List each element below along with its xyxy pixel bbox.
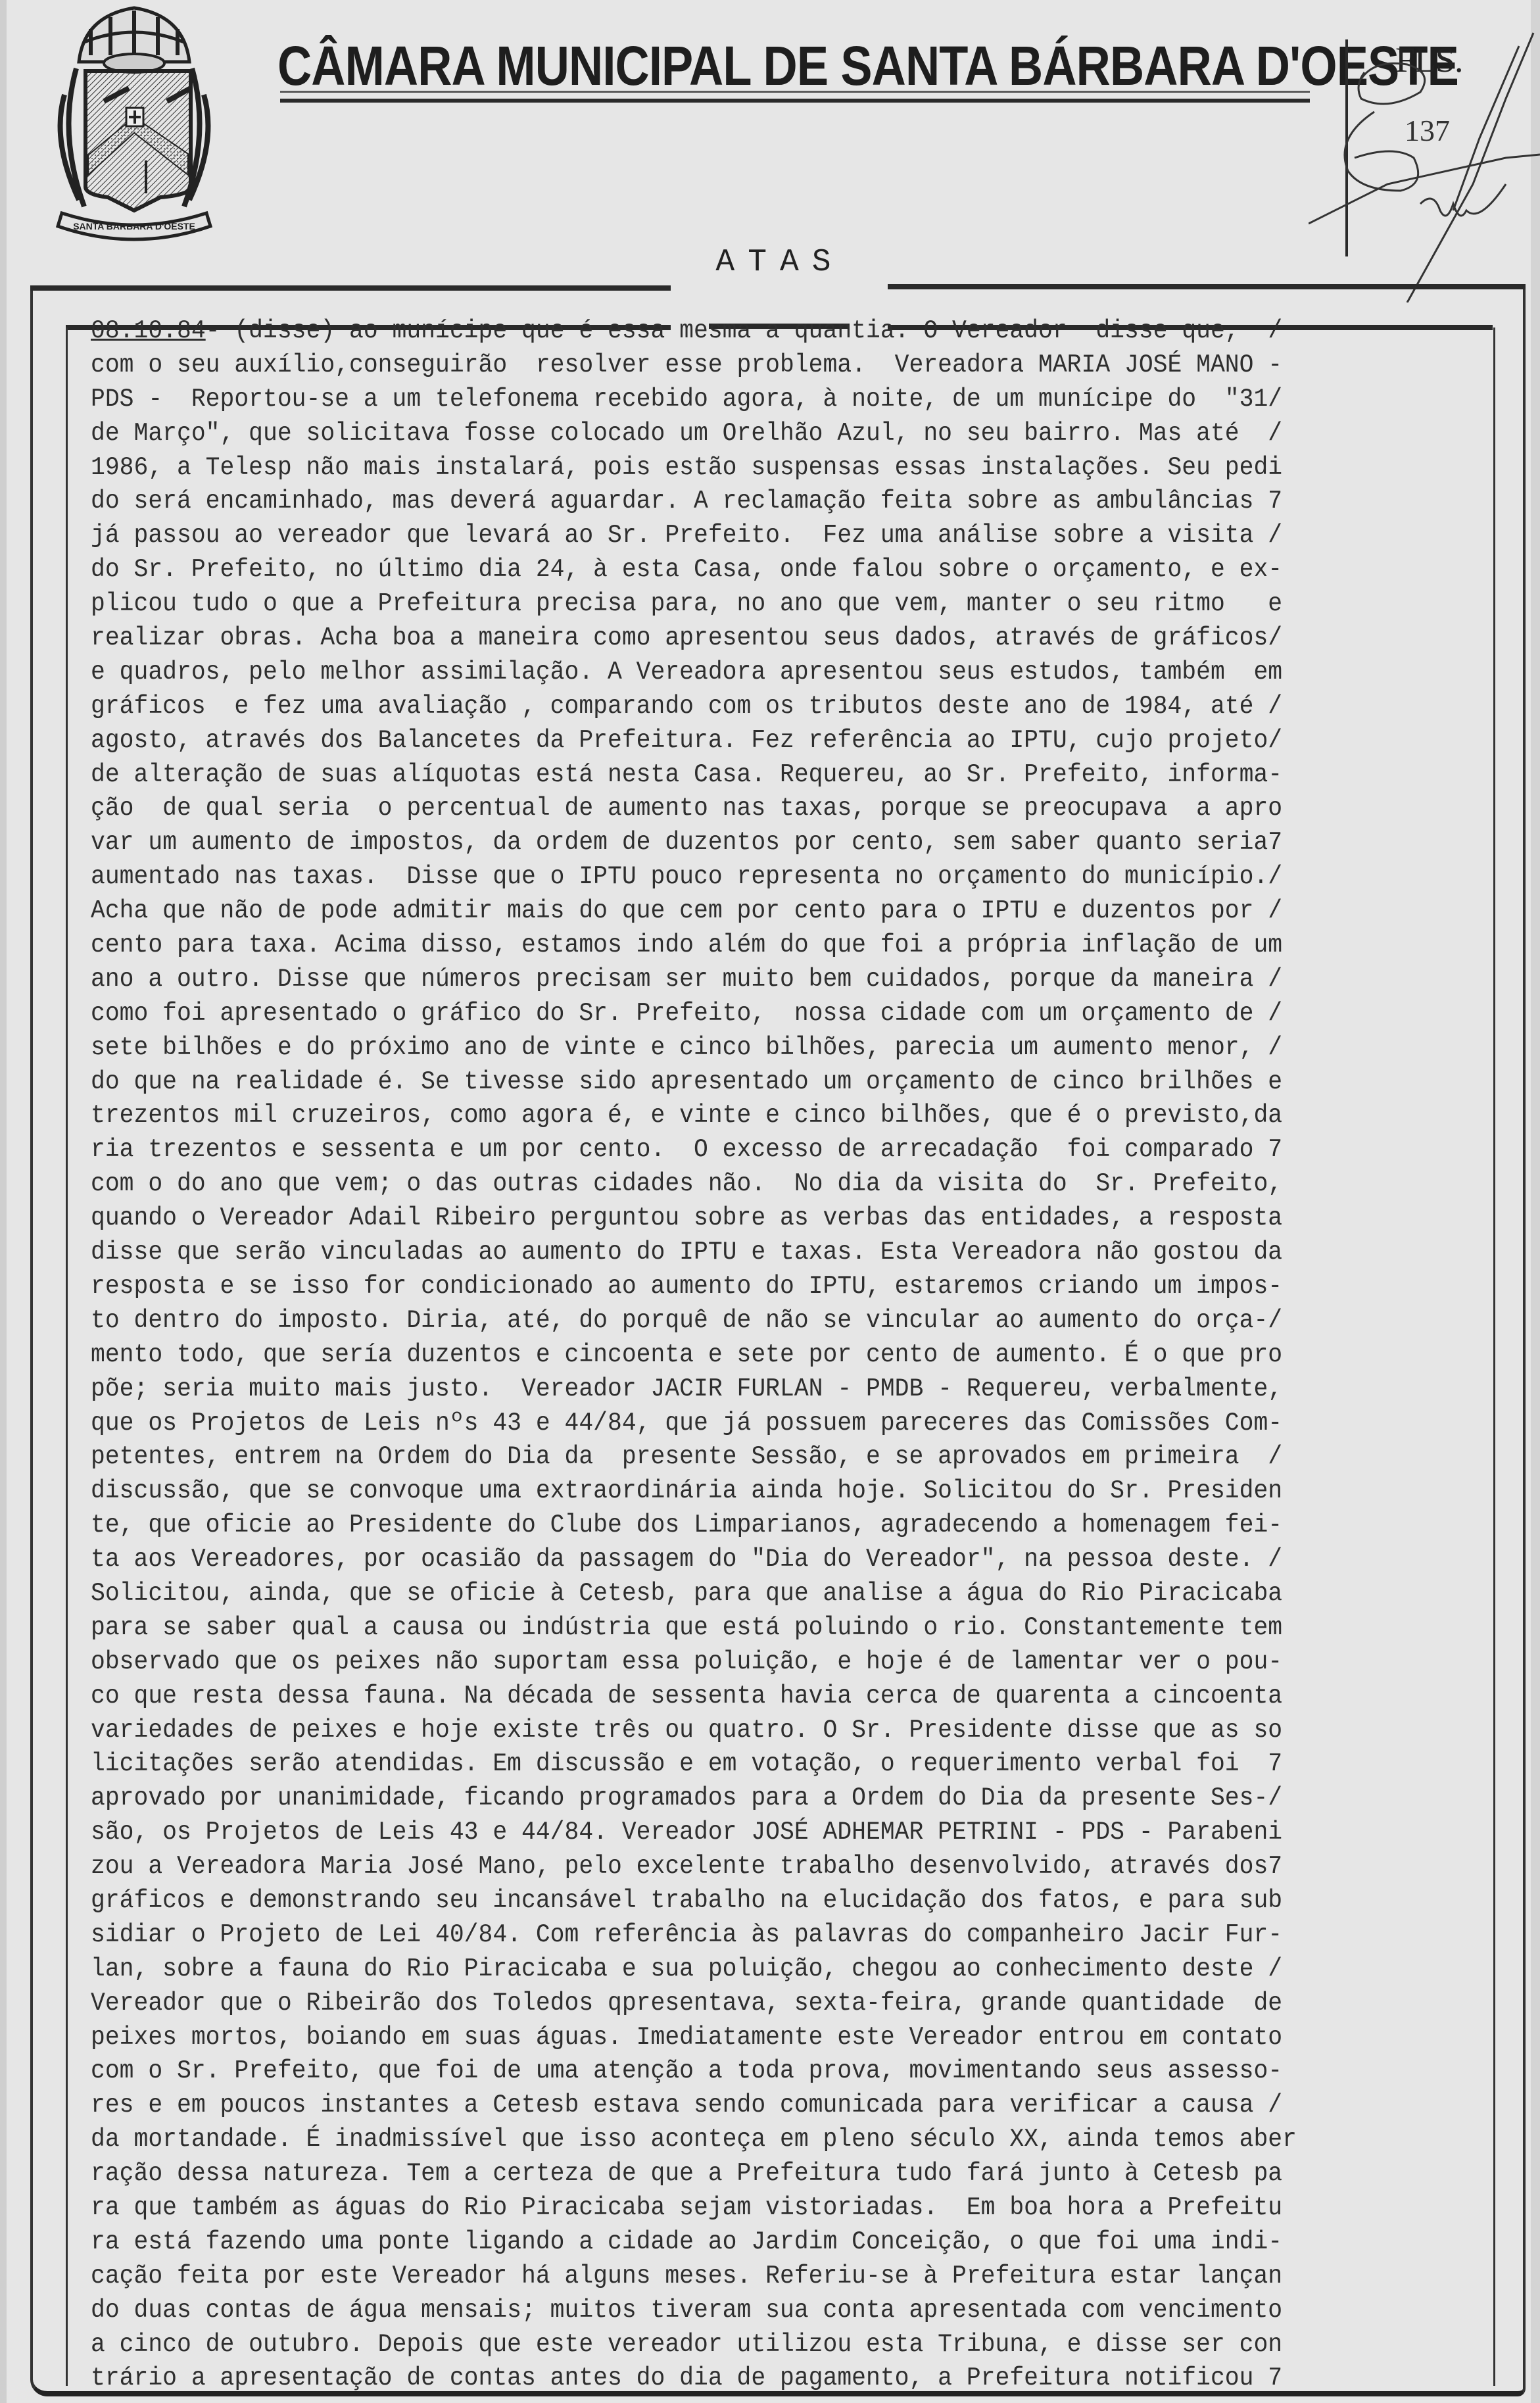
minutes-line: ano a outro. Disse que números precisam …: [91, 963, 1420, 997]
minutes-line: gráficos e demonstrando seu incansável t…: [91, 1884, 1420, 1918]
minutes-line: com o do ano que vem; o das outras cidad…: [91, 1167, 1420, 1201]
minutes-line: resposta e se isso for condicionado ao a…: [91, 1270, 1420, 1304]
minutes-line: aumentado nas taxas. Disse que o IPTU po…: [91, 860, 1420, 894]
minutes-lines: com o seu auxílio,conseguirão resolver e…: [91, 349, 1420, 2396]
minutes-line: já passou ao vereador que levará ao Sr. …: [91, 519, 1420, 553]
minutes-line: a cinco de outubro. Depois que este vere…: [91, 2328, 1420, 2362]
coat-of-arms-icon: SANTA BARBARA D'OESTE: [38, 3, 230, 250]
minutes-line: discussão, que se convoque uma extraordi…: [91, 1474, 1420, 1509]
minutes-line: ra está fazendo uma ponte ligando a cida…: [91, 2225, 1420, 2260]
minutes-line: plicou tudo o que a Prefeitura precisa p…: [91, 587, 1420, 621]
minutes-line: põe; seria muito mais justo. Vereador JA…: [91, 1372, 1420, 1407]
minutes-line: ção de qual seria o percentual de aument…: [91, 792, 1420, 826]
minutes-line: agosto, através dos Balancetes da Prefei…: [91, 724, 1420, 758]
minutes-line: sete bilhões e do próximo ano de vinte e…: [91, 1031, 1420, 1065]
minutes-line: mento todo, que sería duzentos e cincoen…: [91, 1338, 1420, 1372]
minutes-line: cento para taxa. Acima disso, estamos in…: [91, 929, 1420, 963]
minutes-line: para se saber qual a causa ou indústria …: [91, 1611, 1420, 1645]
minutes-line: quando o Vereador Adail Ribeiro pergunto…: [91, 1201, 1420, 1236]
minutes-line: variedades de peixes e hoje existe três …: [91, 1714, 1420, 1748]
minutes-line-first: 08.10.84- (disse) ao munícipe que é essa…: [91, 314, 1420, 349]
section-title: ATAS: [708, 245, 852, 280]
minutes-line: da mortandade. É inadmissível que isso a…: [91, 2123, 1420, 2157]
minutes-line: sidiar o Projeto de Lei 40/84. Com refer…: [91, 1918, 1420, 1953]
minutes-line: que os Projetos de Leis nºs 43 e 44/84, …: [91, 1407, 1420, 1441]
minutes-line: to dentro do imposto. Diria, até, do por…: [91, 1304, 1420, 1338]
minutes-line: do Sr. Prefeito, no último dia 24, à est…: [91, 553, 1420, 587]
minutes-line: do duas contas de água mensais; muitos t…: [91, 2294, 1420, 2328]
minutes-line: zou a Vereadora Maria José Mano, pelo ex…: [91, 1850, 1420, 1884]
minutes-line: gráficos e fez uma avaliação , comparand…: [91, 690, 1420, 724]
fls-label: FLS.: [1395, 39, 1463, 80]
minutes-line: lan, sobre a fauna do Rio Piracicaba e s…: [91, 1953, 1420, 1987]
minutes-line: Acha que não de pode admitir mais do que…: [91, 894, 1420, 929]
minutes-line: trezentos mil cruzeiros, como agora é, e…: [91, 1099, 1420, 1133]
minutes-line: var um aumento de impostos, da ordem de …: [91, 826, 1420, 860]
svg-text:SANTA BARBARA D'OESTE: SANTA BARBARA D'OESTE: [73, 221, 195, 231]
minutes-line: com o seu auxílio,conseguirão resolver e…: [91, 349, 1420, 383]
minutes-line: PDS - Reportou-se a um telefonema recebi…: [91, 383, 1420, 417]
minutes-line: do será encaminhado, mas deverá aguardar…: [91, 485, 1420, 519]
minutes-line: disse que serão vinculadas ao aumento do…: [91, 1236, 1420, 1270]
scan-edge-left: [0, 0, 7, 2403]
scan-edge-right: [1531, 0, 1540, 2403]
minutes-line: de Março", que solicitava fosse colocado…: [91, 417, 1420, 451]
minutes-line: licitações serão atendidas. Em discussão…: [91, 1747, 1420, 1782]
minutes-line: ria trezentos e sessenta e um por cento.…: [91, 1133, 1420, 1167]
minutes-line: trário a apresentação de contas antes do…: [91, 2362, 1420, 2396]
minutes-line: aprovado por unanimidade, ficando progra…: [91, 1782, 1420, 1816]
minutes-line: realizar obras. Acha boa a maneira como …: [91, 621, 1420, 656]
minutes-line: Vereador que o Ribeirão dos Toledos qpre…: [91, 1987, 1420, 2021]
first-line-text: - (disse) ao munícipe que é essa mesma a…: [206, 316, 1282, 345]
minutes-line: res e em poucos instantes a Cetesb estav…: [91, 2089, 1420, 2123]
title-rule-bold: [280, 99, 1310, 103]
frame-rule-right: [888, 284, 1526, 289]
minutes-line: cação feita por este Vereador há alguns …: [91, 2260, 1420, 2294]
minutes-line: 1986, a Telesp não mais instalará, pois …: [91, 451, 1420, 485]
minutes-line: com o Sr. Prefeito, que foi de uma atenç…: [91, 2054, 1420, 2089]
minutes-line: são, os Projetos de Leis 43 e 44/84. Ver…: [91, 1816, 1420, 1850]
minutes-line: te, que oficie ao Presidente do Clube do…: [91, 1509, 1420, 1543]
fls-divider: [1345, 39, 1348, 256]
minutes-line: e quadros, pelo melhor assimilação. A Ve…: [91, 656, 1420, 690]
page-number: 137: [1405, 113, 1450, 148]
frame-rule-left: [30, 285, 671, 291]
minutes-line: ração dessa natureza. Tem a certeza de q…: [91, 2157, 1420, 2191]
minutes-line: como foi apresentado o gráfico do Sr. Pr…: [91, 997, 1420, 1031]
minutes-line: petentes, entrem na Ordem do Dia da pres…: [91, 1440, 1420, 1474]
title-rule: [280, 91, 1310, 93]
minutes-line: de alteração de suas alíquotas está nest…: [91, 758, 1420, 792]
organization-title: CÂMARA MUNICIPAL DE SANTA BÁRBARA D'OEST…: [277, 34, 1171, 98]
minutes-line: ta aos Vereadores, por ocasião da passag…: [91, 1543, 1420, 1577]
session-date: 08.10.84: [91, 316, 206, 345]
minutes-line: Solicitou, ainda, que se oficie à Cetesb…: [91, 1577, 1420, 1611]
minutes-line: ra que também as águas do Rio Piracicaba…: [91, 2191, 1420, 2225]
minutes-line: do que na realidade é. Se tivesse sido a…: [91, 1065, 1420, 1100]
minutes-line: observado que os peixes não suportam ess…: [91, 1645, 1420, 1680]
minutes-body: 08.10.84- (disse) ao munícipe que é essa…: [91, 314, 1420, 2396]
minutes-line: co que resta dessa fauna. Na década de s…: [91, 1680, 1420, 1714]
minutes-line: peixes mortos, boiando em suas águas. Im…: [91, 2021, 1420, 2055]
